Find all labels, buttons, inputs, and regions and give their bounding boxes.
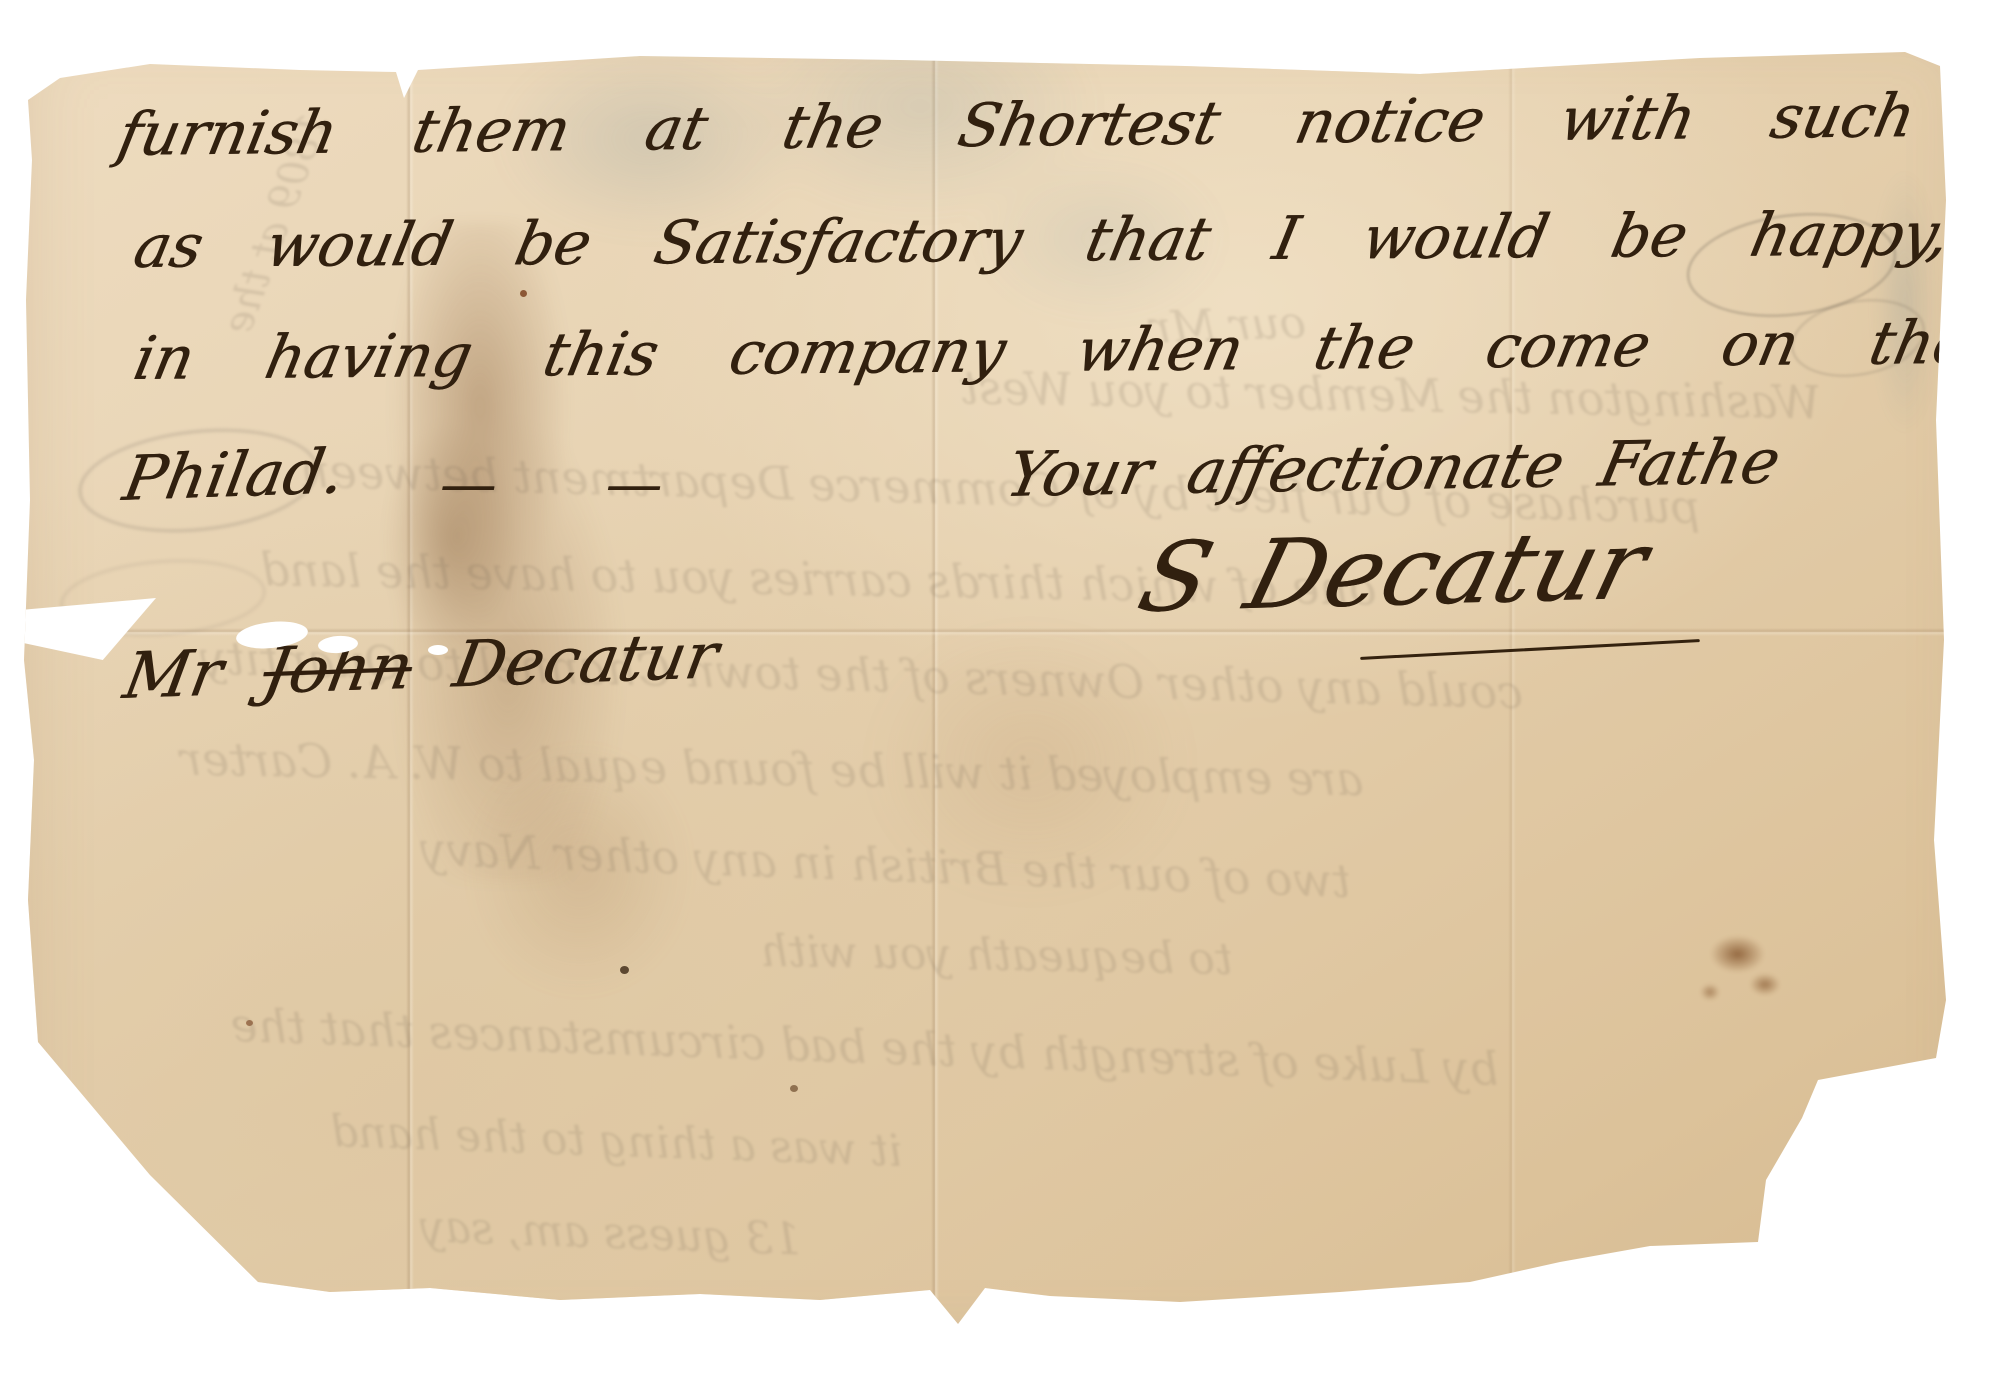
place-dashes: — — [440, 452, 708, 517]
bleedthrough-line: to bequeath you with [760, 926, 1233, 985]
fold-hole [428, 645, 448, 655]
scanned-letter: 1809 at the our Mr Washington the Member… [0, 0, 2000, 1374]
addressee-prefix: Mr [118, 637, 228, 714]
fox-spot [790, 1085, 798, 1092]
place-line: Philad. [118, 434, 350, 515]
fox-spot [1395, 60, 1402, 66]
signature: S Decatur [1128, 509, 1658, 634]
fox-spot [96, 34, 106, 42]
letter-paper: 1809 at the our Mr Washington the Member… [0, 0, 2000, 1374]
addressee-surname: Decatur [448, 620, 724, 703]
fox-spot [222, 40, 230, 47]
letter-line-2: as would be Satisfactory that I would be… [128, 199, 1955, 282]
bottom-right-stain [1688, 918, 1798, 1013]
ink-spot [620, 966, 629, 974]
ink-spot [520, 290, 527, 297]
closing-line: Your affectionate Fathe [1000, 425, 1787, 511]
